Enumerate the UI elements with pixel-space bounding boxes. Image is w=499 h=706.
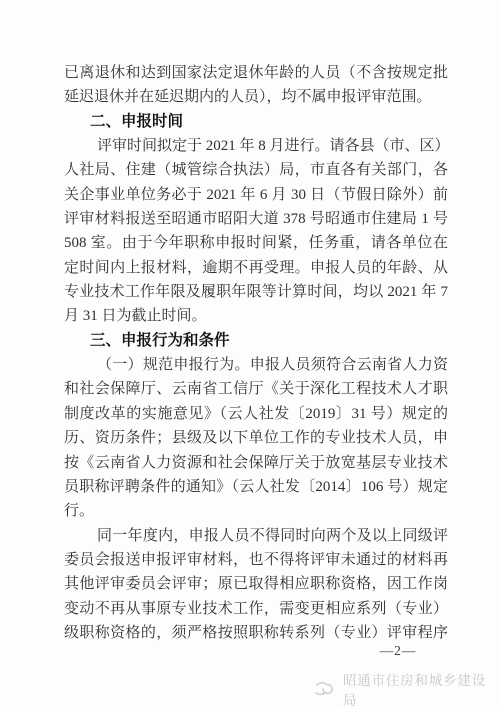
- text-line: 变动不再从事原专业技术工作，需变更相应系列（专业）同: [64, 597, 448, 621]
- text-line: 评审时间拟定于 2021 年 8 月进行。请各县（市、区）: [64, 134, 448, 158]
- watermark-text: 昭通市住房和城乡建设局: [343, 669, 499, 706]
- text-line: 关企事业单位务必于 2021 年 6 月 30 日（节假日除外）前将: [64, 183, 448, 207]
- text-line: 和社会保障厅、云南省工信厅《关于深化工程技术人才职称: [64, 377, 448, 401]
- text-line: 508 室。由于今年职称申报时间紧，任务重，请各单位在规: [64, 231, 448, 255]
- text-line: 按《云南省人力资源和社会保障厅关于放宽基层专业技术人: [64, 451, 448, 475]
- document-body: 已离退休和达到国家法定退休年龄的人员（不含按规定批准 延迟退休并在延迟期内的人员…: [64, 61, 448, 645]
- section-heading: 三、申报行为和条件: [64, 329, 448, 353]
- text-line: 定时间内上报材料，逾期不再受理。申报人员的年龄、从事: [64, 256, 448, 280]
- section-heading: 二、申报时间: [64, 110, 448, 134]
- text-line: 人社局、住建（城管综合执法）局，市直各有关部门，各相: [64, 158, 448, 182]
- page-number: —2—: [368, 643, 428, 659]
- text-line: 行。: [64, 499, 448, 523]
- text-line: 员职称评聘条件的通知》（云人社发〔2014〕106 号）规定执: [64, 475, 448, 499]
- text-line: 已离退休和达到国家法定退休年龄的人员（不含按规定批准: [64, 61, 448, 85]
- text-line: 委员会报送申报评审材料，也不得将评审未通过的材料再送: [64, 548, 448, 572]
- swirl-emblem-icon: [314, 680, 338, 698]
- text-line: 同一年度内，申报人员不得同时向两个及以上同级评审: [64, 524, 448, 548]
- text-line: 历、资历条件；县级及以下单位工作的专业技术人员，申报: [64, 426, 448, 450]
- text-line: 制度改革的实施意见》（云人社发〔2019〕31 号）规定的学: [64, 402, 448, 426]
- document-page: 已离退休和达到国家法定退休年龄的人员（不含按规定批准 延迟退休并在延迟期内的人员…: [0, 0, 499, 706]
- watermark: 昭通市住房和城乡建设局: [314, 669, 499, 706]
- text-line: 其他评审委员会评审；原已取得相应职称资格，因工作岗位: [64, 572, 448, 596]
- text-line: 延迟退休并在延迟期内的人员），均不属申报评审范围。: [64, 85, 448, 109]
- text-line: （一）规范申报行为。申报人员须符合云南省人力资源: [64, 353, 448, 377]
- text-line: 专业技术工作年限及履职年限等计算时间，均以 2021 年 7: [64, 280, 448, 304]
- text-line: 月 31 日为截止时间。: [64, 304, 448, 328]
- text-line: 评审材料报送至昭通市昭阳大道 378 号昭通市住建局 1 号楼: [64, 207, 448, 231]
- text-line: 级职称资格的，须严格按照职称转系列（专业）评审程序进: [64, 621, 448, 645]
